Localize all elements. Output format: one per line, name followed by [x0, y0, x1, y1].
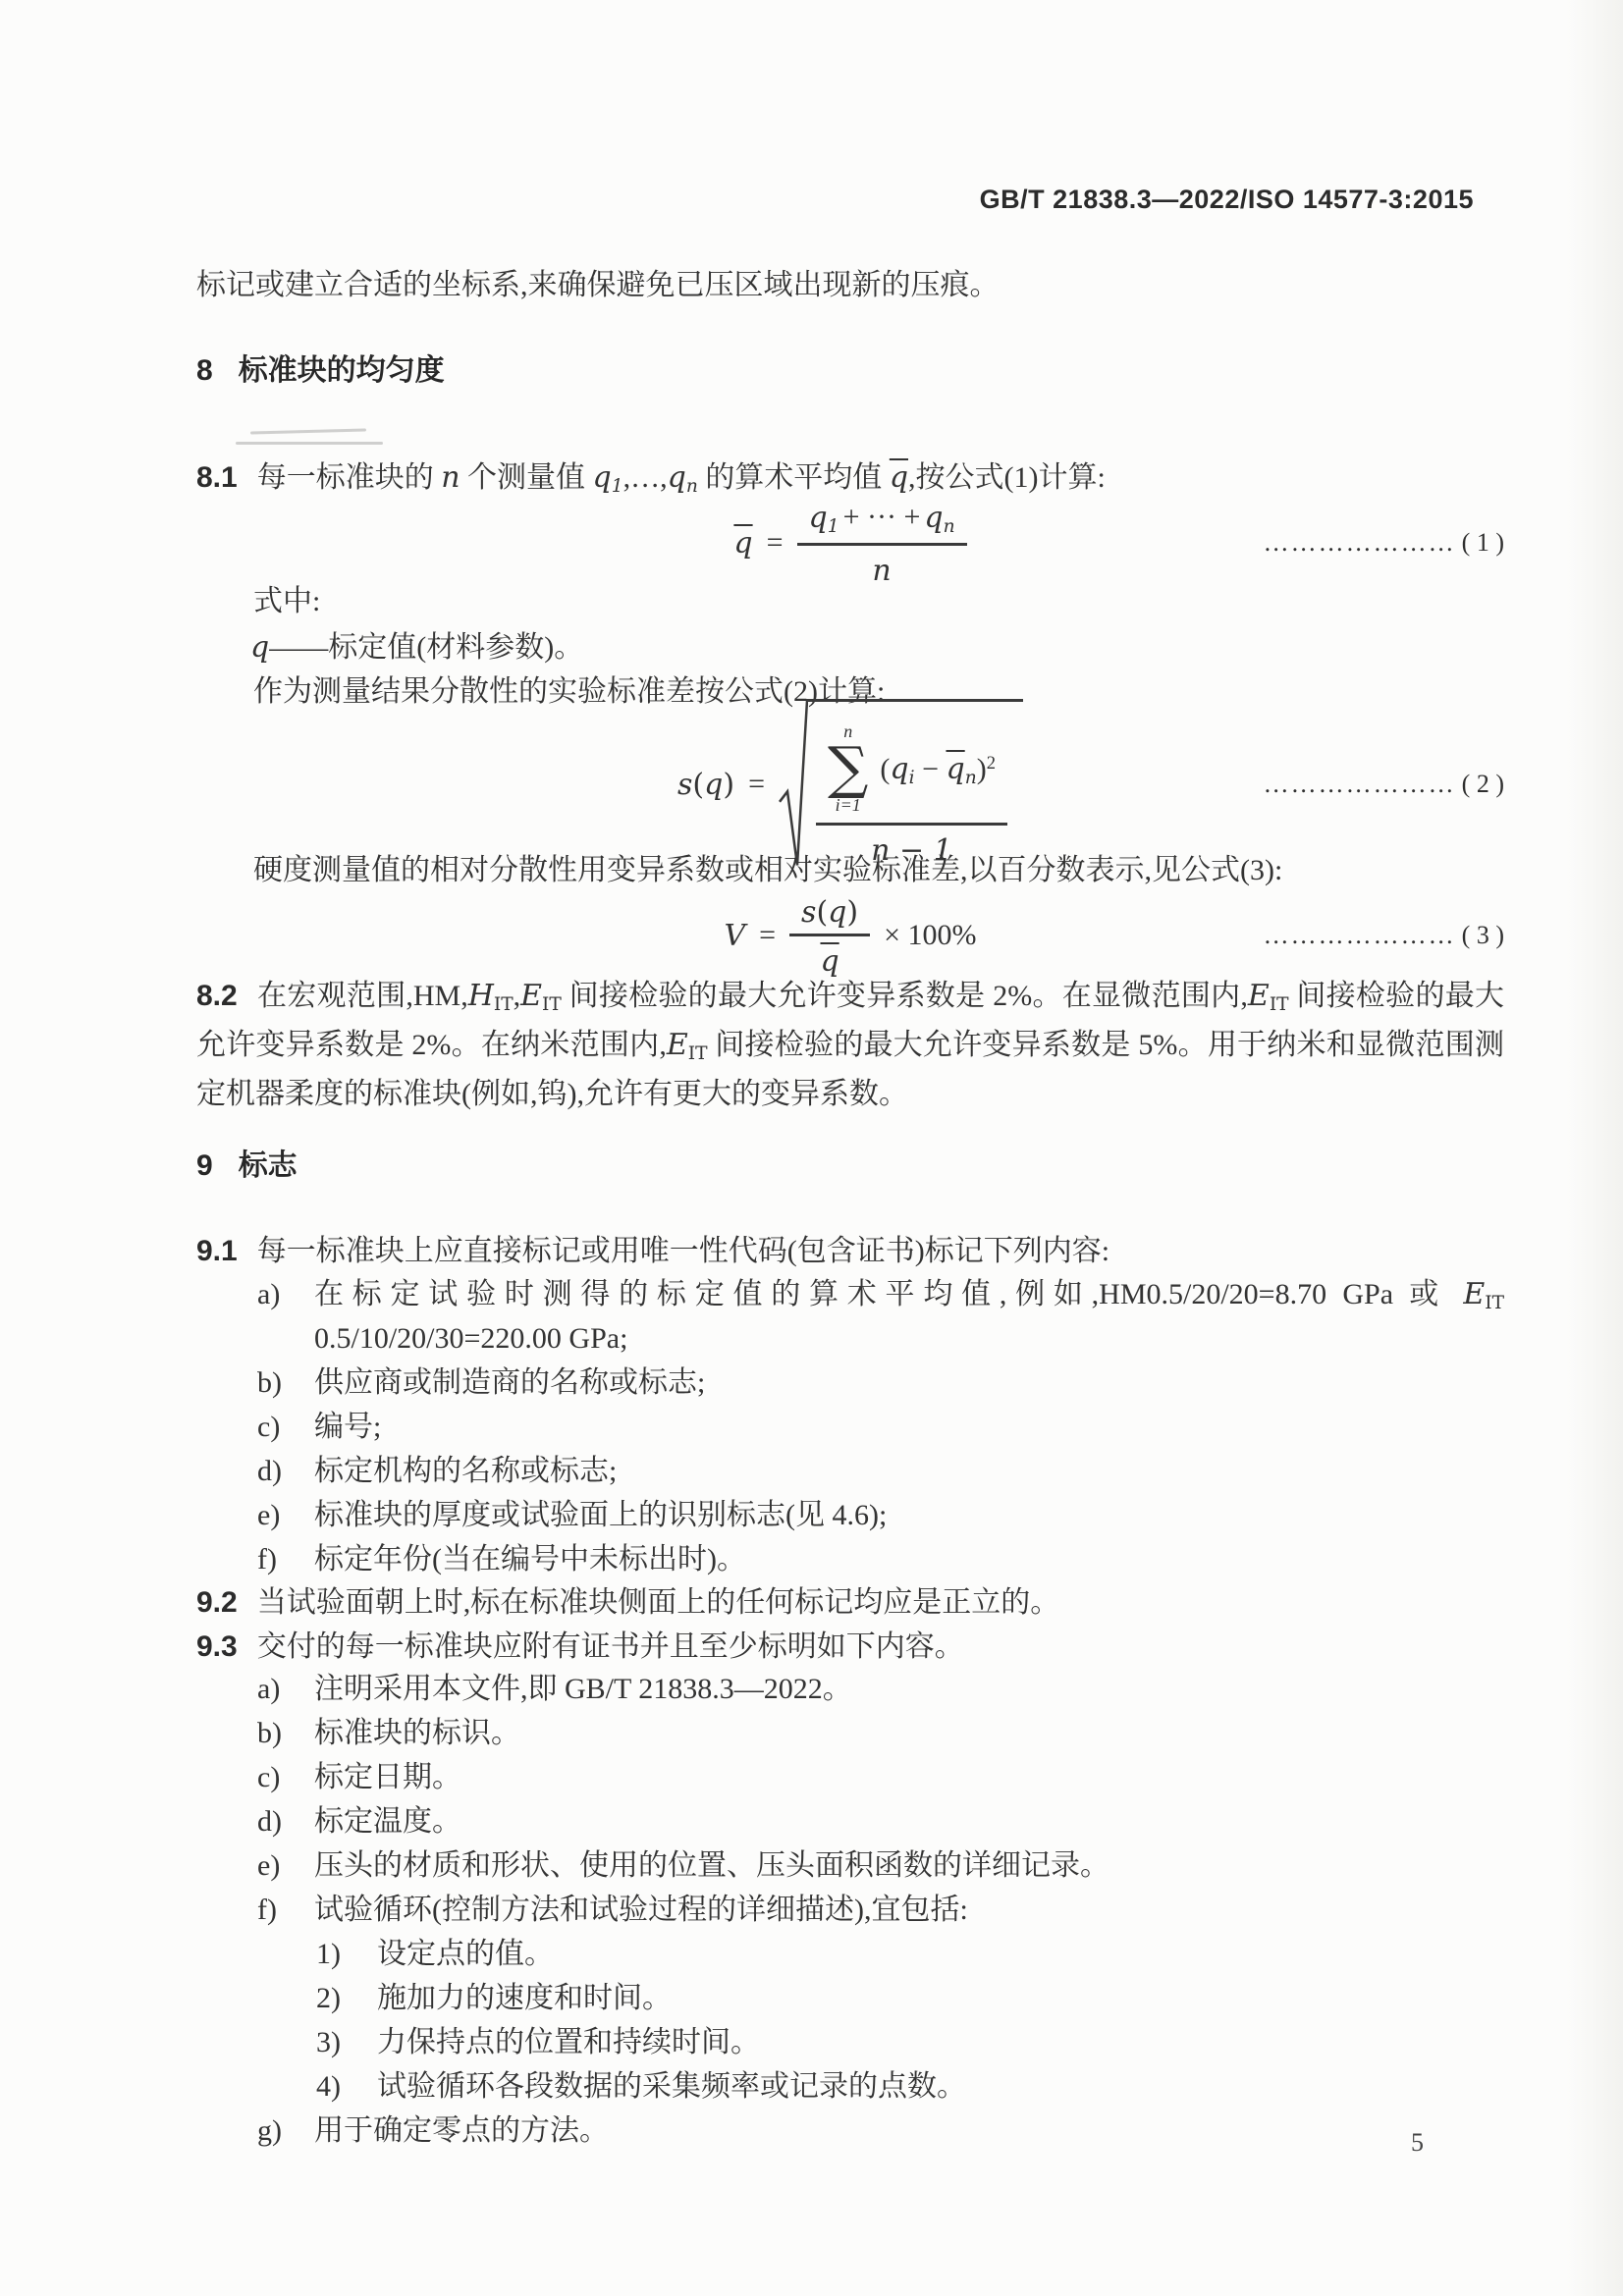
section-8-title: 标准块的均匀度	[239, 354, 445, 387]
clause-9-2-number: 9.2	[196, 1586, 238, 1619]
section-9-number: 9	[196, 1149, 213, 1182]
list-item-text: 注明采用本文件,即 GB/T 21838.3—2022。	[314, 1667, 1504, 1711]
radicand: n∑i=1 (qi − qn)2 n − 1	[806, 699, 1023, 871]
page-number: 5	[1411, 2128, 1424, 2158]
list-item-text: 压头的材质和形状、使用的位置、压头面积函数的详细记录。	[314, 1843, 1504, 1888]
var-EIT: EIT	[1248, 979, 1289, 1013]
formula-3-label: …………………( 3 )	[1264, 921, 1504, 950]
formula-2-body: s(q) = n∑i=1 (qi − qn)2 n − 1	[677, 699, 1023, 871]
list-marker: a)	[257, 1272, 314, 1361]
clause-8-2-text: 在宏观范围,HM,	[257, 980, 468, 1012]
sublist-item-text: 设定点的值。	[377, 1932, 1504, 1976]
list-item: b)标准块的标识。	[257, 1711, 1504, 1755]
list-item: d)标定机构的名称或标志;	[257, 1449, 1504, 1493]
list-item: f)标定年份(当在编号中未标出时)。	[257, 1537, 1504, 1581]
list-item-text: 标定日期。	[314, 1755, 1504, 1799]
list-item: a)注明采用本文件,即 GB/T 21838.3—2022。	[257, 1667, 1504, 1711]
summand: (qi − qn)2	[880, 752, 996, 786]
list-marker: e)	[257, 1493, 314, 1537]
radical-sign	[779, 699, 808, 871]
list-item: c)标定日期。	[257, 1755, 1504, 1799]
formula-1-label: …………………( 1 )	[1264, 528, 1504, 558]
certificate-items-list: a)注明采用本文件,即 GB/T 21838.3—2022。 b)标准块的标识。…	[257, 1667, 1504, 2153]
formula-2-label: …………………( 2 )	[1264, 770, 1504, 799]
sublist-item-text: 施加力的速度和时间。	[377, 1976, 1504, 2020]
list-item: b)供应商或制造商的名称或标志;	[257, 1361, 1504, 1405]
list-item: e)压头的材质和形状、使用的位置、压头面积函数的详细记录。	[257, 1843, 1504, 1888]
square-root: n∑i=1 (qi − qn)2 n − 1	[779, 699, 1023, 871]
list-marker: f)	[257, 1888, 314, 1932]
list-marker: f)	[257, 1537, 314, 1581]
list-item: c)编号;	[257, 1405, 1504, 1449]
sublist-item-text: 试验循环各段数据的采集频率或记录的点数。	[377, 2064, 1504, 2109]
clause-9-1: 9.1每一标准块上应直接标记或用唯一性代码(包含证书)标记下列内容:	[196, 1227, 1504, 1276]
list-item-text: 标准块的标识。	[314, 1711, 1504, 1755]
definition-dash: ——	[269, 631, 328, 664]
var-q: q	[250, 630, 269, 665]
equation-number: ( 3 )	[1462, 921, 1504, 950]
summation: n∑i=1	[828, 722, 868, 816]
sum-lower-limit: i=1	[836, 796, 861, 816]
var-qn: qn	[924, 501, 954, 535]
leader-dots: …………………	[1264, 921, 1456, 950]
sublist-marker: 1)	[316, 1932, 377, 1976]
sublist-marker: 4)	[316, 2064, 377, 2109]
formula-2: s(q) = n∑i=1 (qi − qn)2 n − 1 …………………( 2…	[196, 702, 1504, 867]
sublist-marker: 3)	[316, 2020, 377, 2064]
standard-number-header: GB/T 21838.3—2022/ISO 14577-3:2015	[980, 185, 1474, 215]
var-EIT: EIT	[1463, 1277, 1504, 1311]
clause-9-3: 9.3交付的每一标准块应附有证书并且至少标明如下内容。	[196, 1623, 1504, 1672]
q-definition-text: 标定值(材料参数)。	[328, 631, 583, 664]
list-item-text: 在标定试验时测得的标定值的算术平均值,例如,HM0.5/20/20=8.70 G…	[314, 1272, 1504, 1361]
list-marker: d)	[257, 1799, 314, 1843]
list-item-text: 标定年份(当在编号中未标出时)。	[314, 1537, 1504, 1581]
list-marker: c)	[257, 1405, 314, 1449]
list-item: f)试验循环(控制方法和试验过程的详细描述),宜包括:	[257, 1888, 1504, 1932]
sublist-item: 1)设定点的值。	[257, 1932, 1504, 1976]
where-label: 式中:	[253, 577, 1504, 626]
leader-dots: …………………	[1264, 770, 1456, 799]
sublist-item-text: 力保持点的位置和持续时间。	[377, 2020, 1504, 2064]
list-item: d)标定温度。	[257, 1799, 1504, 1843]
clause-9-1-text: 每一标准块上应直接标记或用唯一性代码(包含证书)标记下列内容:	[257, 1235, 1109, 1267]
list-item-text: 试验循环(控制方法和试验过程的详细描述),宜包括:	[314, 1888, 1504, 1932]
list-item-text: 用于确定零点的方法。	[314, 2109, 1504, 2153]
list-item: a)在标定试验时测得的标定值的算术平均值,例如,HM0.5/20/20=8.70…	[257, 1272, 1504, 1361]
section-8-heading: 8标准块的均匀度	[196, 346, 1504, 389]
intro-paragraph: 标记或建立合适的坐标系,来确保避免已压区域出现新的压痕。	[196, 261, 1504, 310]
fraction: s(q) q	[789, 893, 870, 979]
func-s-of-q: s(q)	[677, 768, 734, 802]
func-s-of-q: s(q)	[801, 895, 858, 930]
equation-number: ( 1 )	[1462, 528, 1504, 558]
sublist-item: 2)施加力的速度和时间。	[257, 1976, 1504, 2020]
clause-9-3-number: 9.3	[196, 1630, 238, 1663]
q-definition: q——标定值(材料参数)。	[250, 623, 1504, 672]
list-marker: e)	[257, 1843, 314, 1888]
marking-items-list: a)在标定试验时测得的标定值的算术平均值,例如,HM0.5/20/20=8.70…	[257, 1272, 1504, 1581]
list-item-text: 标定机构的名称或标志;	[314, 1449, 1504, 1493]
list-marker: b)	[257, 1711, 314, 1755]
section-8-number: 8	[196, 354, 213, 387]
equation-number: ( 2 )	[1462, 770, 1504, 799]
clause-9-2-text: 当试验面朝上时,标在标准块侧面上的任何标记均应是正立的。	[257, 1586, 1060, 1619]
times-100-percent: × 100%	[884, 919, 976, 952]
list-marker: g)	[257, 2109, 314, 2153]
var-q1: q1	[809, 501, 839, 535]
equals-sign: =	[767, 526, 784, 560]
leader-dots: …………………	[1264, 528, 1456, 558]
list-item: g)用于确定零点的方法。	[257, 2109, 1504, 2153]
list-marker: c)	[257, 1755, 314, 1799]
var-EIT: EIT	[667, 1028, 708, 1062]
formula-3-body: V = s(q) q × 100%	[724, 893, 976, 979]
list-item-text: 编号;	[314, 1405, 1504, 1449]
document-page: GB/T 21838.3—2022/ISO 14577-3:2015 标记或建立…	[0, 0, 1623, 2296]
section-9-heading: 9标志	[196, 1141, 1504, 1184]
var-qbar: q	[733, 526, 752, 561]
sublist-item: 4)试验循环各段数据的采集频率或记录的点数。	[257, 2064, 1504, 2109]
equals-sign: =	[748, 768, 765, 801]
formula-1-body: q = q1 + ··· + qn n	[733, 499, 966, 588]
var-V: V	[724, 919, 745, 953]
clause-8-2: 8.2在宏观范围,HM,HIT,EIT 间接检验的最大允许变异系数是 2%。在显…	[196, 972, 1504, 1119]
clause-8-2-number: 8.2	[196, 980, 238, 1012]
var-EIT: EIT	[520, 979, 562, 1013]
list-item-text: 供应商或制造商的名称或标志;	[314, 1361, 1504, 1405]
list-item: e)标准块的厚度或试验面上的识别标志(见 4.6);	[257, 1493, 1504, 1537]
list-marker: a)	[257, 1667, 314, 1711]
list-item-text: 标定温度。	[314, 1799, 1504, 1843]
fraction: q1 + ··· + qn n	[797, 499, 967, 588]
list-marker: b)	[257, 1361, 314, 1405]
equals-sign: =	[759, 919, 776, 952]
scan-artifact-smudge	[250, 428, 366, 434]
section-9-title: 标志	[239, 1149, 298, 1182]
list-marker: d)	[257, 1449, 314, 1493]
clause-9-1-number: 9.1	[196, 1235, 238, 1267]
var-HIT: HIT	[468, 979, 514, 1013]
sublist-marker: 2)	[316, 1976, 377, 2020]
clause-8-2-text: 间接检验的最大允许变异系数是 2%。在显微范围内,	[562, 980, 1248, 1012]
clause-9-3-text: 交付的每一标准块应附有证书并且至少标明如下内容。	[257, 1630, 964, 1663]
sublist-item: 3)力保持点的位置和持续时间。	[257, 2020, 1504, 2064]
scan-artifact-smudge	[236, 442, 383, 445]
sigma-symbol: ∑	[828, 741, 868, 795]
plus-dots: + ··· +	[843, 501, 921, 534]
list-item-text: 标准块的厚度或试验面上的识别标志(见 4.6);	[314, 1493, 1504, 1537]
clause-9-2: 9.2当试验面朝上时,标在标准块侧面上的任何标记均应是正立的。	[196, 1578, 1504, 1628]
